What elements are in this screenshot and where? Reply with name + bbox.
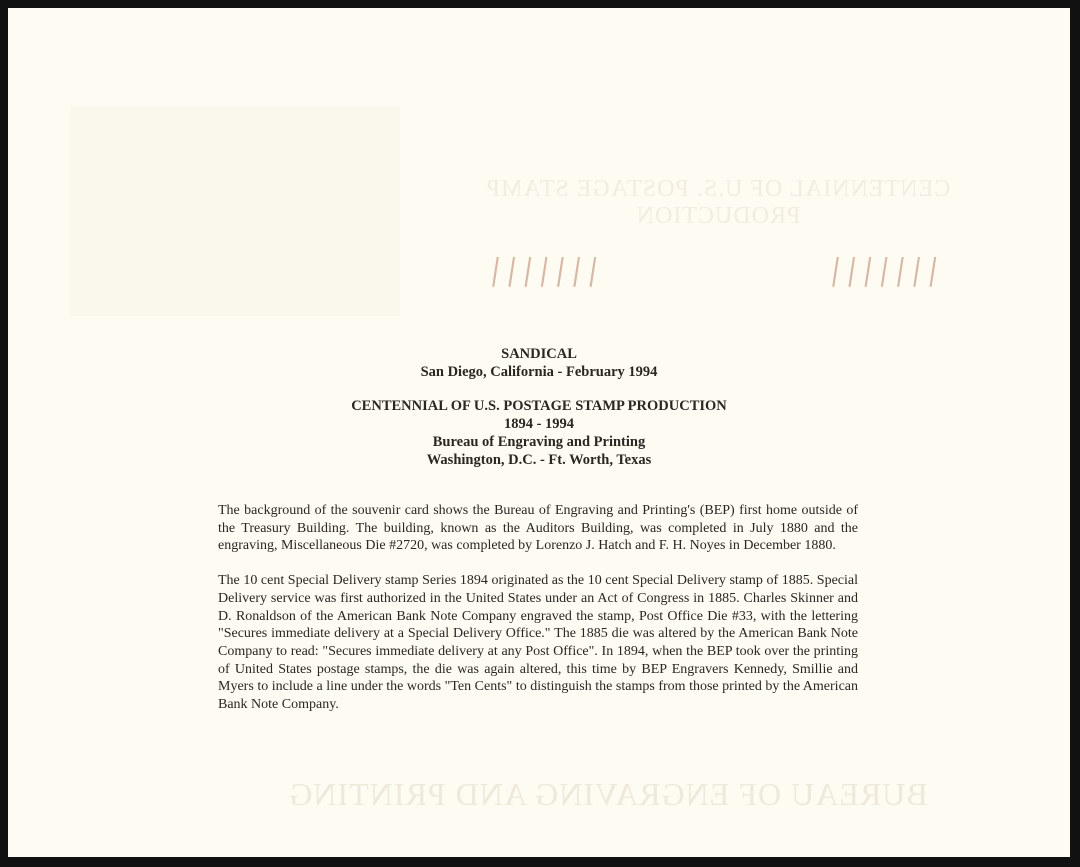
agency: Bureau of Engraving and Printing — [8, 433, 1070, 451]
embossed-title: CENTENNIAL OF U.S. POSTAGE STAMP PRODUCT… — [448, 176, 988, 230]
embossed-signature-right: \\\\\\\ — [826, 246, 940, 297]
card-header: SANDICAL San Diego, California - Februar… — [8, 345, 1070, 469]
card-title: CENTENNIAL OF U.S. POSTAGE STAMP PRODUCT… — [8, 397, 1070, 415]
locations: Washington, D.C. - Ft. Worth, Texas — [8, 451, 1070, 469]
embossed-bureau-name: BUREAU OF ENGRAVING AND PRINTING — [248, 776, 968, 813]
paragraph-background: The background of the souvenir card show… — [218, 502, 858, 555]
paragraph-stamp: The 10 cent Special Delivery stamp Serie… — [218, 572, 858, 714]
embossed-signature-left: \\\\\\\ — [486, 246, 600, 297]
blind-embossed-building-engraving — [70, 106, 400, 316]
show-location-date: San Diego, California - February 1994 — [8, 363, 1070, 381]
souvenir-card: CENTENNIAL OF U.S. POSTAGE STAMP PRODUCT… — [8, 8, 1070, 857]
show-name: SANDICAL — [8, 345, 1070, 363]
years: 1894 - 1994 — [8, 415, 1070, 433]
description: The background of the souvenir card show… — [218, 502, 858, 731]
